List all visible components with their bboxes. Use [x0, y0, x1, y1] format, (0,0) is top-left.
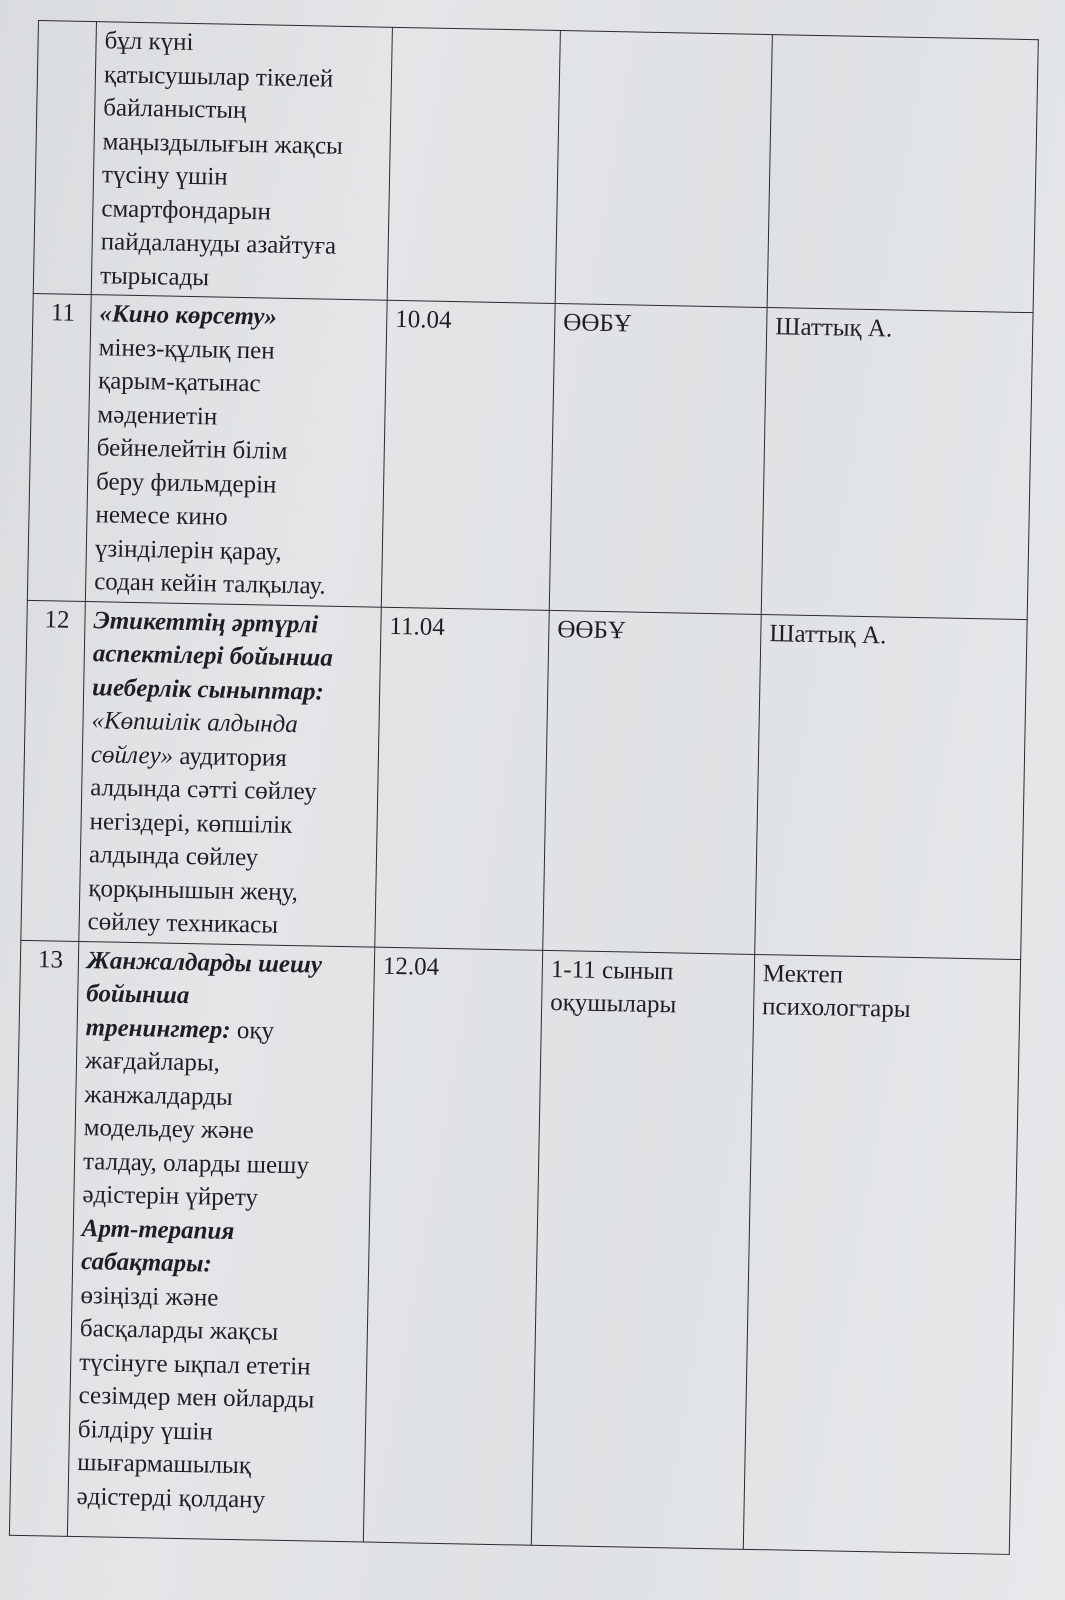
activity-line: мінез-құлық пен: [98, 331, 380, 370]
activity-line: немесе кино: [95, 498, 377, 537]
activity-line: талдау, оларды шешу: [83, 1145, 365, 1184]
responsible-cell: Мектеп психологтары: [743, 954, 1020, 1554]
activity-line: білдіру үшін: [78, 1413, 360, 1452]
activity-cell: «Кино көрсету» мінез-құлық пен қарым-қат…: [85, 295, 387, 607]
activity-line: беру фильмдерін: [96, 465, 378, 504]
activity-line: тырысады: [100, 259, 382, 298]
activity-cell: бұл күні қатысушылар тікелей байланыстың…: [91, 22, 392, 301]
activity-line: мәдениетін: [97, 398, 379, 437]
document-page: бұл күні қатысушылар тікелей байланыстың…: [10, 20, 1065, 1519]
activity-line: аудитория: [173, 742, 287, 771]
table-row: 11 «Кино көрсету» мінез-құлық пен қарым-…: [27, 293, 1033, 619]
activity-line: смартфондарын: [101, 192, 383, 231]
activity-line: басқаларды жақсы: [80, 1312, 362, 1351]
activity-line: алдында сәтті сөйлеу: [90, 771, 372, 810]
responsible-line: Мектеп: [763, 957, 1015, 995]
activity-subtitle: сөйлеу»: [91, 741, 174, 770]
responsible-cell: [767, 35, 1038, 313]
activity-line: байланыстың: [103, 91, 385, 130]
row-number: [33, 21, 96, 295]
activity-title: сабақтары:: [81, 1245, 363, 1284]
activity-line: әдістерін үйрету: [82, 1178, 364, 1217]
participants-cell: 1-11 сынып оқушылары: [531, 950, 754, 1549]
activity-title: «Кино көрсету»: [99, 297, 381, 336]
activity-title: бойынша: [86, 977, 368, 1016]
table-row: 13 Жанжалдарды шешу бойынша тренингтер: …: [9, 940, 1020, 1554]
activity-line: алдында сөйлеу: [89, 838, 371, 877]
activity-line: түсіну үшін: [102, 158, 384, 197]
date-cell: 11.04: [375, 607, 549, 950]
participants-line: 1-11 сынып: [551, 953, 749, 990]
activity-line: жанжалдарды: [84, 1078, 366, 1117]
activity-line: негіздері, көпшілік: [89, 805, 371, 844]
activity-title: Арт-терапия: [81, 1212, 363, 1251]
event-plan-table: бұл күні қатысушылар тікелей байланыстың…: [9, 20, 1039, 1554]
participants-line: оқушылары: [550, 986, 748, 1023]
activity-line: жағдайлары,: [85, 1044, 367, 1083]
activity-cell: Этикеттің әртүрлі аспектілері бойынша ше…: [79, 601, 381, 947]
activity-title: тренингтер:: [85, 1014, 230, 1044]
table-row: 12 Этикеттің әртүрлі аспектілері бойынша…: [21, 600, 1027, 959]
responsible-cell: Шаттық А.: [761, 308, 1033, 620]
activity-line: содан кейін талқылау.: [94, 565, 376, 604]
activity-line: үзінділерін қарау,: [95, 532, 377, 571]
activity-line: оқу: [230, 1016, 274, 1044]
activity-line: әдістерді қолдану: [76, 1480, 358, 1519]
activity-line: бейнелейтін білім: [96, 431, 378, 470]
date-cell: 12.04: [363, 947, 542, 1545]
date-cell: 10.04: [381, 300, 555, 610]
responsible-cell: Шаттық А.: [755, 614, 1027, 959]
activity-title: Этикеттің әртүрлі: [93, 604, 375, 643]
activity-line: маңыздылығын жақсы: [102, 125, 384, 164]
activity-title: Жанжалдарды шешу: [87, 944, 369, 983]
row-number: 12: [21, 600, 86, 941]
activity-subtitle: «Көпшілік алдында: [91, 704, 373, 743]
responsible-line: психологтары: [762, 990, 1014, 1028]
activity-line: қатысушылар тікелей: [104, 58, 386, 97]
participants-cell: ӨӨБҰ: [549, 303, 767, 614]
activity-line: сөйлеу техникасы: [87, 905, 369, 944]
table-row-continued: бұл күні қатысушылар тікелей байланыстың…: [33, 21, 1038, 313]
activity-cell: Жанжалдарды шешу бойынша тренингтер: оқу…: [67, 941, 374, 1542]
activity-line: шығармашылық: [77, 1446, 359, 1485]
participants-cell: [555, 31, 772, 308]
row-number: 11: [27, 293, 91, 601]
date-cell: [387, 27, 560, 303]
activity-line: модельдеу және: [83, 1111, 365, 1150]
activity-line: қарым-қатынас: [98, 364, 380, 403]
activity-line: қорқынышын жеңу,: [88, 872, 370, 911]
activity-title: шеберлік сыныптар:: [92, 671, 374, 710]
activity-line: пайдалануды азайтуға: [100, 225, 382, 264]
participants-cell: ӨӨБҰ: [543, 610, 761, 954]
activity-line: бұл күні: [104, 24, 386, 63]
activity-line: түсінуге ықпал ететін: [79, 1346, 361, 1385]
activity-line: өзіңізді және: [80, 1279, 362, 1318]
activity-title: аспектілері бойынша: [93, 637, 375, 676]
activity-line: сезімдер мен ойларды: [78, 1379, 360, 1418]
